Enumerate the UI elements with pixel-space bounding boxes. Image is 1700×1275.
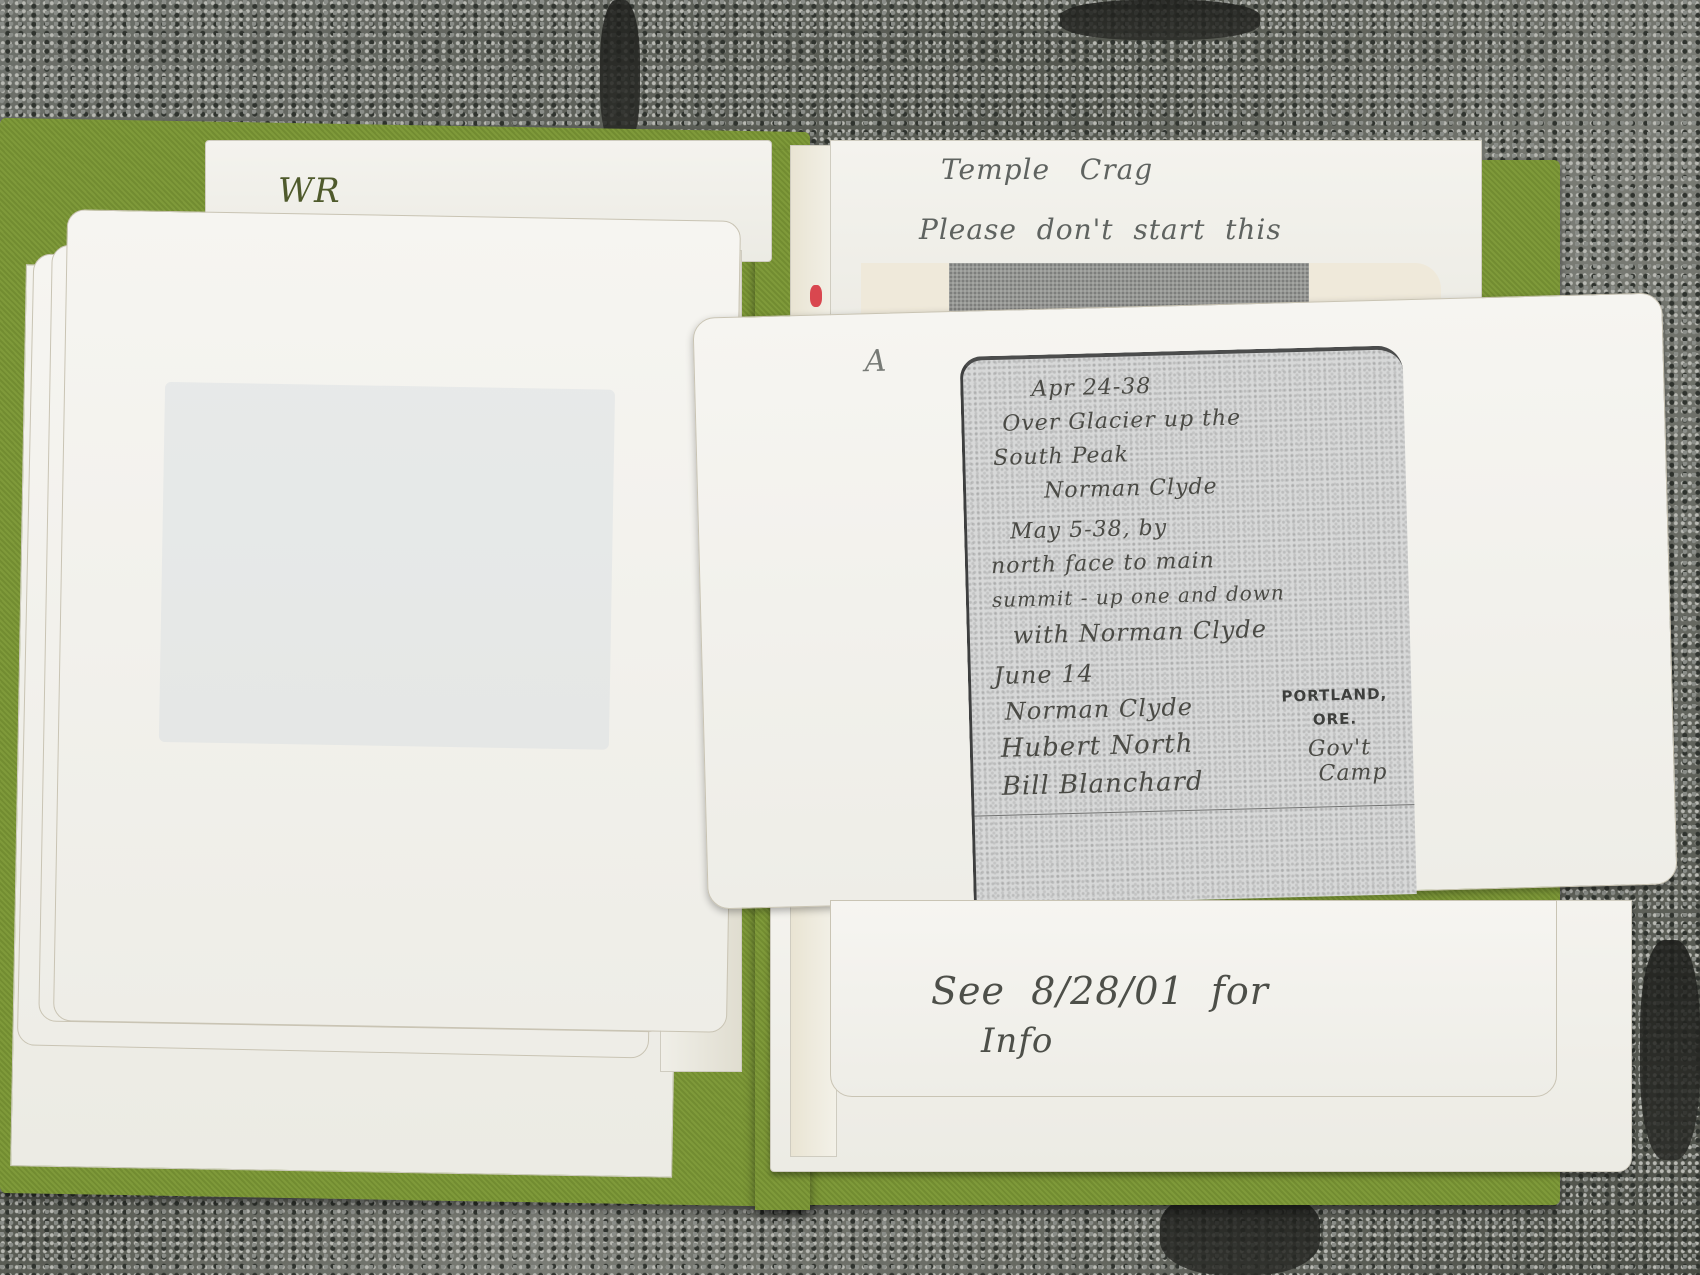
photocopy-card-margin-mark: A	[864, 344, 888, 380]
side-note-line2: Camp	[1318, 760, 1388, 787]
stamp-line1: PORTLAND,	[1281, 685, 1387, 706]
summit-register-notebook: WR Temple Crag Please don't start this A…	[0, 0, 1700, 1275]
entry-line: Bill Blanchard	[1001, 763, 1322, 809]
side-note-line1: Gov't	[1308, 735, 1388, 762]
stamp-line2: ORE.	[1282, 709, 1388, 730]
handwritten-entries: Apr 24-38 Over Glacier up the South Peak…	[981, 370, 1322, 810]
left-page-initials: WR	[278, 171, 341, 211]
photocopy-inset: Apr 24-38 Over Glacier up the South Peak…	[960, 345, 1417, 905]
bottom-card-line1: See 8/28/01 for	[931, 969, 1269, 1013]
entry-line: Norman Clyde	[1044, 472, 1315, 519]
portland-stamp: PORTLAND, ORE.	[1281, 685, 1388, 730]
photocopy-card: A Apr 24-38 Over Glacier up the South Pe…	[692, 292, 1677, 909]
bottom-card: See 8/28/01 for Info	[830, 900, 1557, 1097]
right-top-page-line2: Please don't start this	[919, 213, 1282, 246]
gov-camp-note: Gov't Camp	[1308, 735, 1388, 787]
show-through-rectangle	[159, 382, 615, 750]
bottom-card-line2: Info	[981, 1021, 1053, 1061]
red-mark	[810, 285, 822, 307]
left-card-top	[53, 209, 741, 1033]
right-top-page-line1: Temple Crag	[941, 153, 1153, 186]
